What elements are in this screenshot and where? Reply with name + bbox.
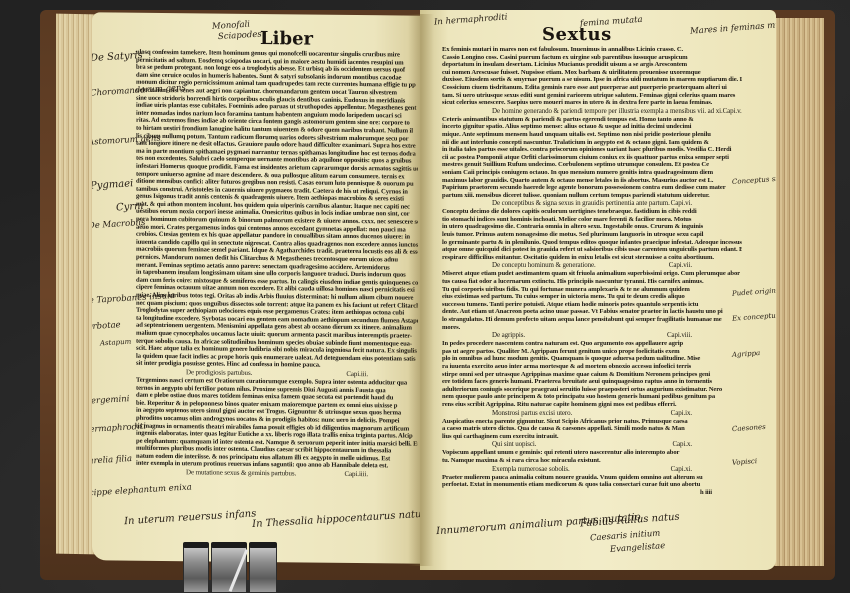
chapter-title: Monstrosi partus excisi utero. [492, 409, 572, 418]
right-text-block: Ex feminis mutari in mares non est fabul… [442, 46, 742, 496]
chapter-number: Capi.ix. [671, 409, 712, 418]
running-head-right: Sextus [542, 24, 612, 45]
chapter-number: Capi.xi. [671, 465, 712, 474]
left-page: Monofali Sciapodes Liber ulosq confessim… [92, 12, 424, 563]
chapter-heading: De mutatione sexus & geminis partubus.Ca… [136, 468, 418, 480]
text-line: Praeter mulierem pauca animalia coitum n… [442, 474, 742, 482]
chapter-heading: De conceptibus & signa sexus in grauidis… [442, 199, 742, 208]
chapter-heading: Monstrosi partus excisi utero.Capi.ix. [442, 409, 742, 418]
text-line: adulteriorum coniugis socerique praegrau… [442, 386, 742, 394]
text-line: sicut celerius senescere. Saepius uero m… [442, 99, 742, 107]
chapter-title: De conceptu hominum & generatione. [492, 261, 596, 270]
text-line: respirare difficilius enitantur. Oscitat… [442, 254, 742, 262]
text-line: deportatum in insulam desertam. Licinius… [442, 61, 742, 69]
chapter-number: Capi.x. [672, 440, 712, 449]
marginalia-left: Aurelia filia [92, 455, 132, 467]
text-line: ere totidem faces generis humani. Praete… [442, 378, 742, 386]
left-text-block: ulosq confessim tamekere. Item hominum g… [136, 49, 418, 480]
marginalia-left: De Satyris [92, 51, 143, 63]
chapter-title: De mutatione sexus & geminis partubus. [186, 468, 296, 478]
chapter-number: Capi.iiii. [344, 470, 388, 479]
marginalia-left: Syrbotae [92, 321, 121, 332]
text-line: successu tumens. Tanti perire potuisti. … [442, 301, 742, 309]
chapter-heading: Exempla numerosae sobolis.Capi.xi. [442, 465, 742, 474]
text-line: Conceptu decimo die dolores capitis ocul… [442, 208, 742, 216]
text-line: dente. Aut etiam ut Anacreon poeta acino… [442, 308, 742, 316]
marginalia-left: Cyrni [116, 202, 144, 213]
text-line: ra iuuenta exercito aeuo inter arma mort… [442, 363, 742, 371]
text-line: Ceteris animantibus statutum & pariendi … [442, 116, 742, 124]
chapter-number: Capi.viii. [667, 331, 712, 340]
text-line: Auspicatius enecta parente gignuntur. Si… [442, 418, 742, 426]
chapter-title: De conceptibus & signa sexus in grauidis… [492, 199, 670, 208]
marginalia-top: Mares in feminas mutati [690, 20, 776, 36]
chapter-title: De homine generando & pariendi tempore p… [492, 107, 723, 116]
left-page-edges [56, 14, 96, 555]
marginalia-bottom: In Thessalia hippocentaurus natus [252, 510, 424, 529]
text-line: Papirium praetorem secundo haerede lege … [442, 184, 742, 192]
text-line: maximus labor grauidis. Quarto autem & o… [442, 177, 742, 185]
chapter-title: Qui sint uopisci. [492, 440, 536, 449]
text-line: pas ut aegre partos. Qualiter M. Agrippa… [442, 348, 742, 356]
chapter-number: Capi.iii. [346, 370, 388, 379]
text-line: in italia tales partus esse uitales. con… [442, 146, 742, 154]
chapter-heading: De conceptu hominum & generatione.Capi.v… [442, 261, 742, 270]
marginalia-right: Agrippa [732, 349, 761, 360]
right-page-edges [772, 18, 824, 566]
text-line: mestres genuit Suillium Rufum undecimo. … [442, 161, 742, 169]
text-line: cii ac postea Pomponii atque Orfiti clar… [442, 154, 742, 162]
chapter-heading: De homine generando & pariendi tempore p… [442, 107, 742, 116]
text-line: rens eius scribit Agrippina. Ritu natura… [442, 401, 742, 409]
marginalia-bottom: In uterum reuersus infans [124, 509, 257, 526]
text-line: in utero quadragesimo die. Contraria omn… [442, 223, 742, 231]
text-line: In pedes procedere nascentem contra natu… [442, 340, 742, 348]
marginalia-left: Tergemini [92, 395, 130, 407]
text-line: lius qui carthaginem cum exercitu intrau… [442, 433, 742, 441]
text-line: tus causa fiat odor a lucernarum extinct… [442, 278, 742, 286]
chapter-number: Capi.v. [723, 107, 762, 116]
marginalia-top: In hermaphroditi [434, 13, 508, 27]
text-line: Vopiscum appellant unum e geminis: qui r… [442, 449, 742, 457]
chapter-title: De agrippis. [492, 331, 525, 340]
marginalia-bottom: Evangelistae [610, 542, 666, 555]
right-page: In hermaphroditi femina mutata Mares in … [420, 10, 776, 570]
text-line: perfoetat. Extat in monumentis etiam med… [442, 481, 742, 489]
text-line: lo strangulatus. Hi demum profecto uitam… [442, 316, 742, 324]
text-line: plo in omnibus ad hunc modum genitis. Qu… [442, 355, 742, 363]
text-line: Tu qui corporis uiribus fidis. Tu qui fo… [442, 286, 742, 294]
chapter-title: Exempla numerosae sobolis. [492, 465, 570, 474]
marginalia-left: Astapum [100, 338, 132, 349]
marginalia-right: Caesones [732, 423, 766, 434]
text-line: partum xiii. mensibus diceret tulisse. q… [442, 192, 742, 200]
text-line: eius existimas sed partum. Tu cuius semp… [442, 293, 742, 301]
text-line: duxisse. Eiusdem sortis & smyrnae puerum… [442, 76, 742, 84]
text-line: a caeso matris utero dictus. Qua de caus… [442, 425, 742, 433]
running-head-left: Liber [260, 28, 313, 50]
marginalia-right: Vopisci [732, 457, 758, 468]
text-line: Cassio Longino coss. Casini puerum factu… [442, 54, 742, 62]
text-line: atque omne quicquid dici potest in graui… [442, 246, 742, 254]
text-line: nii die aut interlunio concepti nascuntu… [442, 139, 742, 147]
text-line: tio stomachi indices sunt hominis inchoa… [442, 216, 742, 224]
text-line: Cossicium ciuem tisdritanum. Edita gemin… [442, 84, 742, 92]
text-line: nem quoque paulo ante principem & toto p… [442, 393, 742, 401]
text-line: mores. [442, 324, 742, 332]
text-line: mique. Ante septimum mensem haud unquam … [442, 131, 742, 139]
folio-signature: h iiii [442, 489, 742, 497]
chapter-heading: Qui sint uopisci.Capi.x. [442, 440, 742, 449]
book-gutter [408, 14, 434, 566]
chapter-number: Capi.vi. [671, 199, 712, 208]
marginalia-left: Pygmaei [92, 179, 134, 191]
text-line: lo germinante partu & in plenilunio. Quo… [442, 239, 742, 247]
text-line: tu. Namque maxima & si rara circa hoc mi… [442, 457, 742, 465]
text-line: cui nomen Arescusae fuisset. Nupsisse et… [442, 69, 742, 77]
text-line: incerto gignitur spatio. Alius septimo m… [442, 123, 742, 131]
text-line: stirpe omni sed per utrasque Agrippinas … [442, 371, 742, 379]
text-line: soniam Caii principis coniugem octauo. I… [442, 169, 742, 177]
text-line: Miseret atque etiam pudet aestimantem qu… [442, 270, 742, 278]
marginalia-left: Alcippe elephantum enixa [92, 483, 192, 499]
binder-clip [183, 542, 277, 593]
text-line: Ex feminis mutari in mares non est fabul… [442, 46, 742, 54]
marginalia-top-2: Sciapodes [218, 31, 262, 43]
chapter-number: Capi.vii. [669, 261, 712, 270]
chapter-heading: De agrippis.Capi.viii. [442, 331, 742, 340]
text-line: leuis tumor. Primus autem nonagesimo die… [442, 231, 742, 239]
text-line: tam. Si uero utriusque sexus editi sunt … [442, 92, 742, 100]
